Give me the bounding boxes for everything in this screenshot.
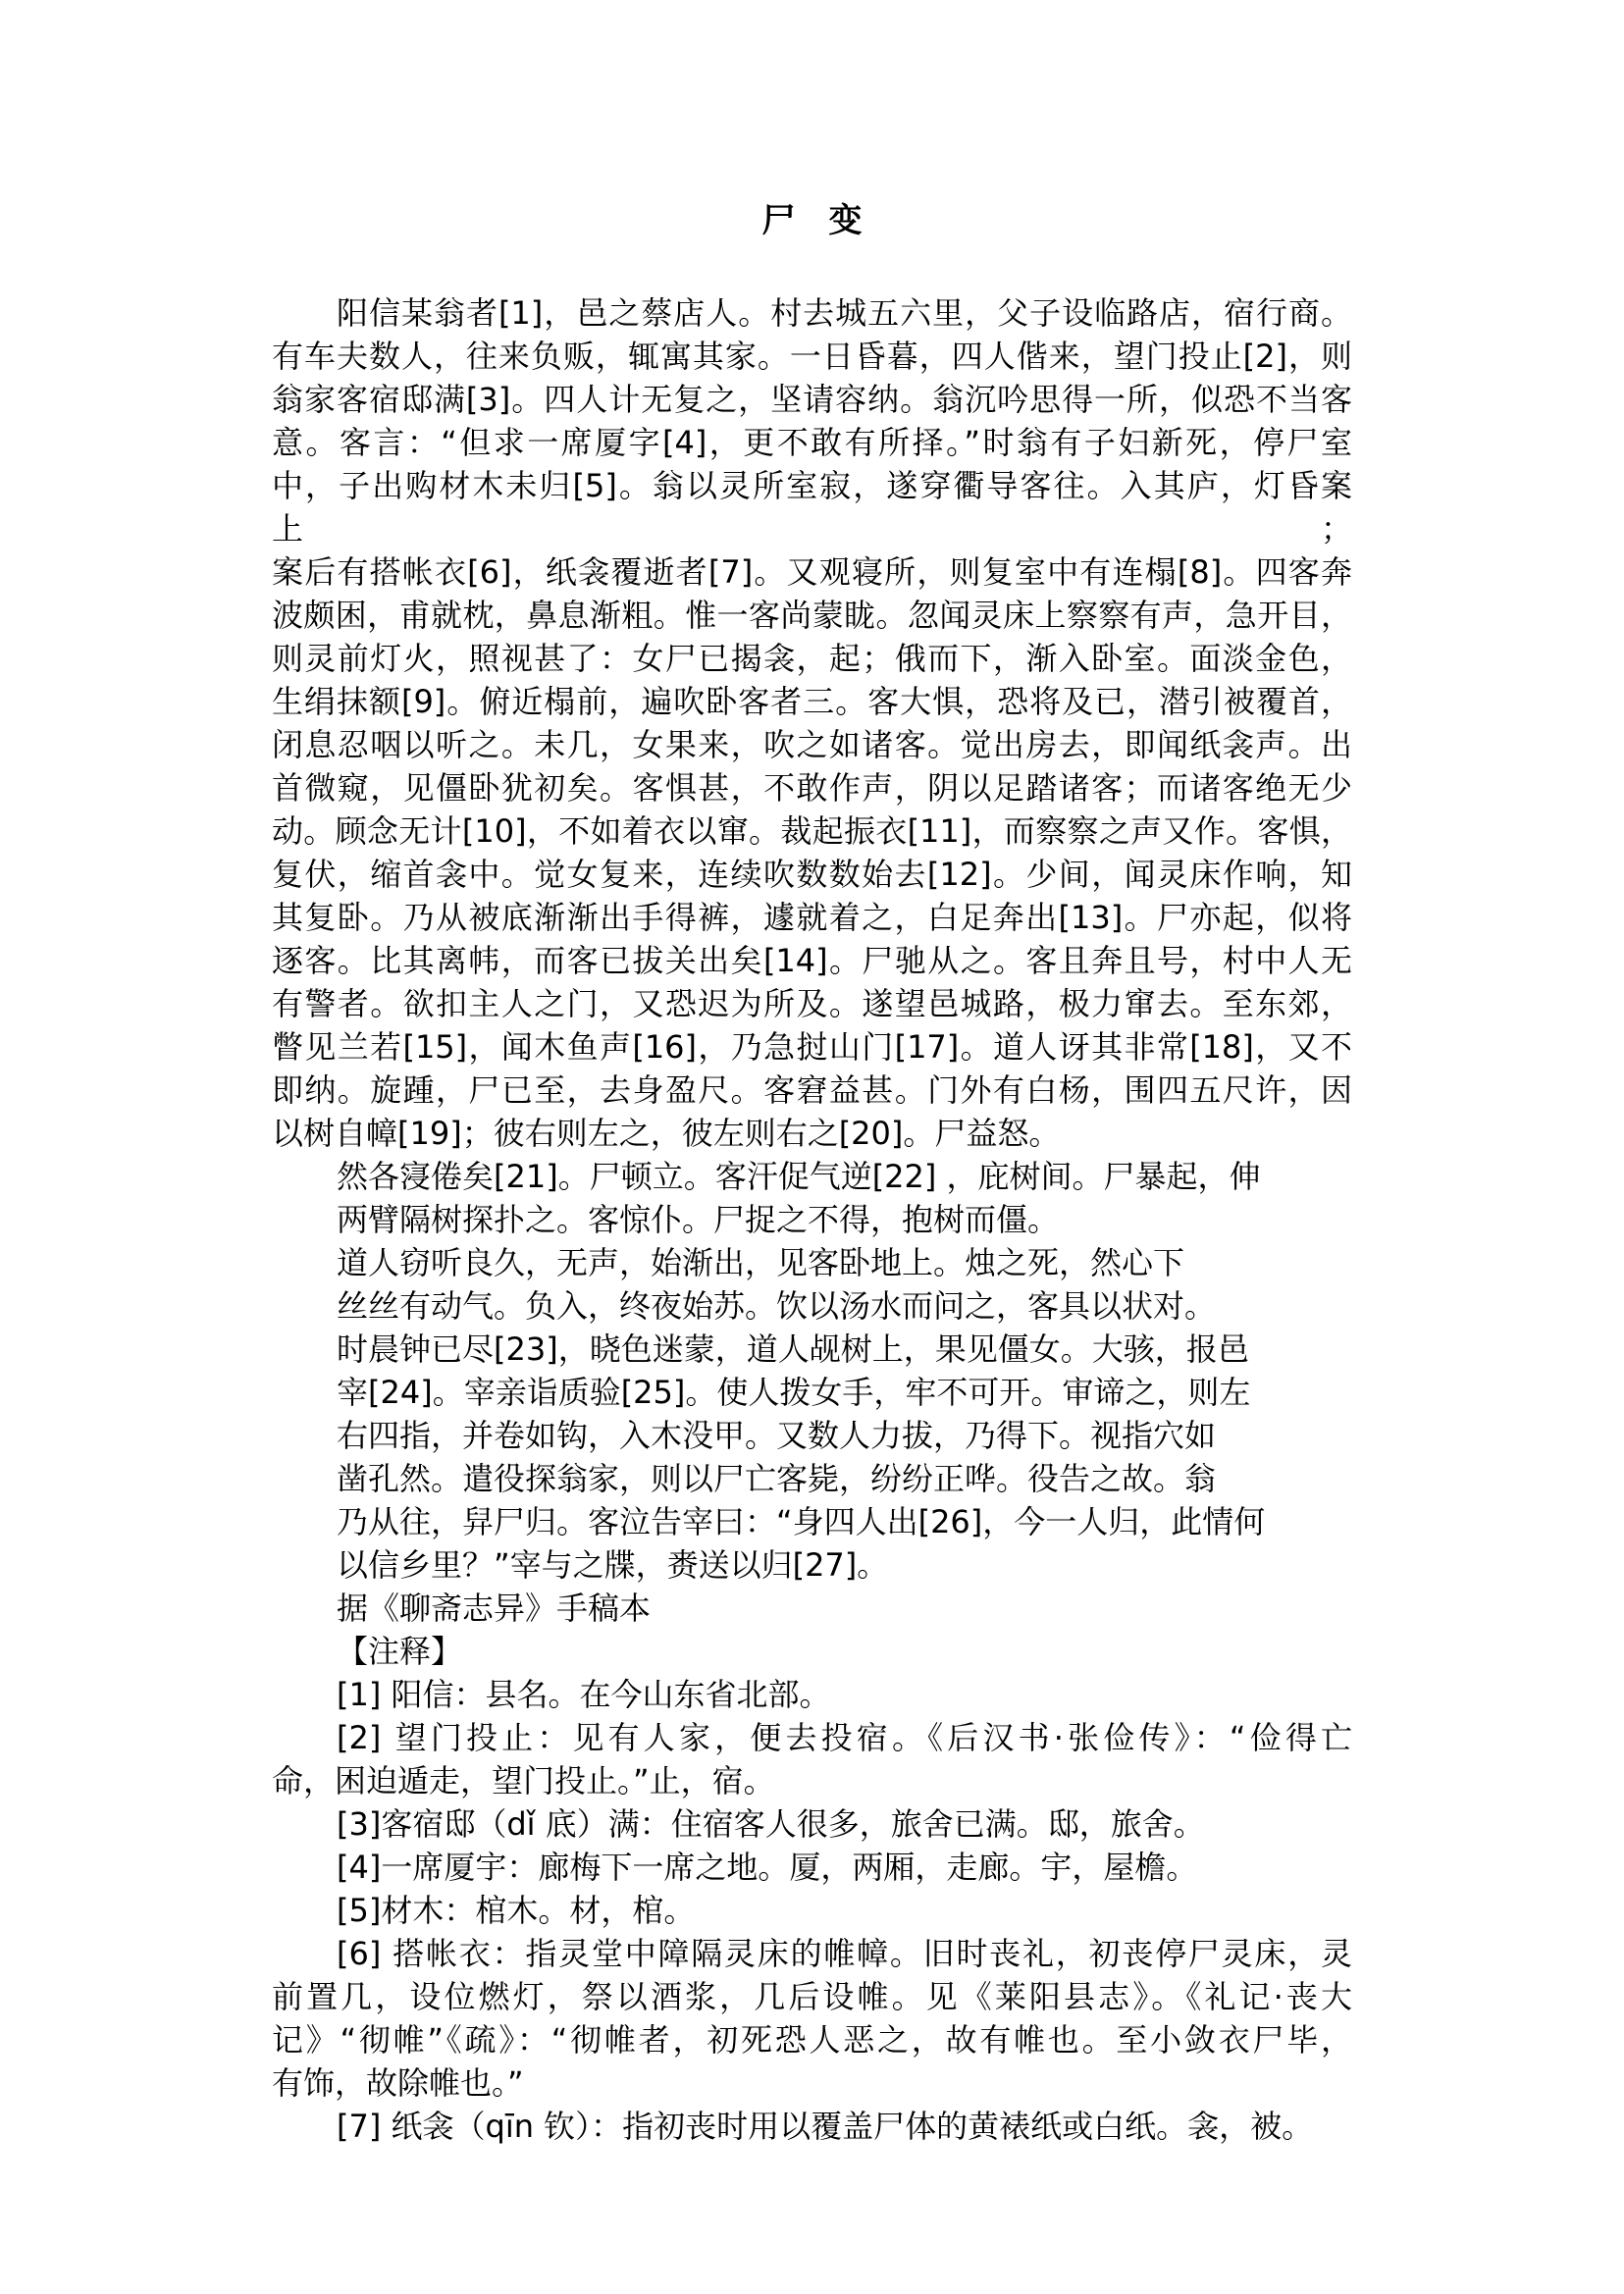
quote-line: 右四指，并卷如钩，入木没甲。又数人力拔，乃得下。视指穴如: [337, 1414, 1352, 1457]
note-line: [5]材木：棺木。材，棺。: [272, 1889, 1352, 1932]
story-paragraph: 阳信某翁者[1]，邑之蔡店人。村去城五六里，父子设临路店，宿行商。 有车夫数人，…: [272, 291, 1352, 1155]
note-line: 记》“彻帷”《疏》：“彻帷者，初死恐人恶之，故有帷也。至小敛衣尸毕，: [272, 2018, 1352, 2061]
story-line: 首微窥，见僵卧犹初矣。客惧甚，不敢作声，阴以足踏诸客；而诸客绝无少: [272, 766, 1352, 809]
story-line: 中，子出购材木未归[5]。翁以灵所室寂，遂穿衢导客往。入其庐，灯昏案上；: [272, 464, 1352, 550]
quote-line: 然各寖倦矣[21]。尸顿立。客汗促气逆[22] ，庇树间。尸暴起，伸: [337, 1155, 1352, 1198]
notes-header: 【注释】: [337, 1630, 1352, 1673]
story-line: 则灵前灯火，照视甚了：女尸已揭衾，起；俄而下，渐入卧室。面淡金色，: [272, 637, 1352, 680]
quote-block: 然各寖倦矣[21]。尸顿立。客汗促气逆[22] ，庇树间。尸暴起，伸 两臂隔树探…: [272, 1155, 1352, 1587]
story-line: 瞥见兰若[15]，闻木鱼声[16]，乃急挝山门[17]。道人讶其非常[18]，又…: [272, 1025, 1352, 1069]
story-line: 翁家客宿邸满[3]。四人计无复之，坚请容纳。翁沉吟思得一所，似恐不当客: [272, 378, 1352, 421]
note-line: [6] 搭帐衣：指灵堂中障隔灵床的帷幛。旧时丧礼，初丧停尸灵床，灵: [272, 1932, 1352, 1975]
quote-line: 丝丝有动气。负入，终夜始苏。饮以汤水而问之，客具以状对。: [337, 1284, 1352, 1328]
story-line: 案后有搭帐衣[6]，纸衾覆逝者[7]。又观寝所，则复室中有连榻[8]。四客奔: [272, 550, 1352, 594]
quote-line: 两臂隔树探扑之。客惊仆。尸捉之不得，抱树而僵。: [337, 1198, 1352, 1241]
story-line: 波颇困，甫就枕，鼻息渐粗。惟一客尚蒙眬。忽闻灵床上察察有声，急开目，: [272, 594, 1352, 637]
story-line: 生绢抹额[9]。俯近榻前，遍吹卧客者三。客大惧，恐将及已，潜引被覆首，: [272, 680, 1352, 723]
source-attribution: 据《聊斋志异》手稿本: [337, 1587, 1352, 1630]
quote-line: 时晨钟已尽[23]，晓色迷蒙，道人觇树上，果见僵女。大骇，报邑: [337, 1328, 1352, 1371]
note-line: [2] 望门投止：见有人家，便去投宿。《后汉书·张俭传》：“俭得亡: [272, 1716, 1352, 1759]
quote-line: 道人窃听良久，无声，始渐出，见客卧地上。烛之死，然心下: [337, 1241, 1352, 1284]
note-line: [3]客宿邸（dǐ 底）满：住宿客人很多，旅舍已满。邸，旅舍。: [272, 1802, 1352, 1846]
story-line: 阳信某翁者[1]，邑之蔡店人。村去城五六里，父子设临路店，宿行商。: [272, 291, 1352, 335]
story-line: 意。客言：“但求一席厦字[4]，更不敢有所择。”时翁有子妇新死，停尸室: [272, 421, 1352, 464]
note-line: [7] 纸衾（qīn 钦）：指初丧时用以覆盖尸体的黄裱纸或白纸。衾，被。: [272, 2105, 1352, 2148]
story-line: 闭息忍咽以听之。未几，女果来，吹之如诸客。觉出房去，即闻纸衾声。出: [272, 723, 1352, 766]
quote-line: 凿孔然。遣役探翁家，则以尸亡客毙，纷纷正哗。役告之故。翁: [337, 1457, 1352, 1500]
notes-section: [1] 阳信：县名。在今山东省北部。 [2] 望门投止：见有人家，便去投宿。《后…: [272, 1673, 1352, 2148]
note-line: [1] 阳信：县名。在今山东省北部。: [272, 1673, 1352, 1716]
quote-line: 宰[24]。宰亲诣质验[25]。使人拨女手，牢不可开。审谛之，则左: [337, 1371, 1352, 1414]
story-line: 即纳。旋踵，尸已至，去身盈尺。客窘益甚。门外有白杨，围四五尺许，因: [272, 1069, 1352, 1112]
page-title: 尸 变: [272, 199, 1352, 242]
story-line: 有警者。欲扣主人之门，又恐迟为所及。遂望邑城路，极力窜去。至东郊，: [272, 982, 1352, 1025]
story-line: 以树自幛[19]；彼右则左之，彼左则右之[20]。尸益怒。: [272, 1112, 1352, 1155]
book-page: 尸 变 阳信某翁者[1]，邑之蔡店人。村去城五六里，父子设临路店，宿行商。 有车…: [272, 199, 1352, 2148]
story-line: 其复卧。乃从被底渐渐出手得裤，遽就着之，白足奔出[13]。尸亦起，似将: [272, 896, 1352, 939]
note-line: 前置几，设位燃灯，祭以酒浆，几后设帷。见《莱阳县志》。《礼记·丧大: [272, 1975, 1352, 2018]
story-line: 逐客。比其离帏，而客已拔关出矣[14]。尸驰从之。客且奔且号，村中人无: [272, 939, 1352, 982]
story-line: 有车夫数人，往来负贩，辄寓其家。一日昏暮，四人偕来，望门投止[2]，则: [272, 335, 1352, 378]
note-line: [4]一席厦宇：廊梅下一席之地。厦，两厢，走廊。宇，屋檐。: [272, 1846, 1352, 1889]
story-line: 动。顾念无计[10]，不如着衣以窜。裁起振衣[11]，而察察之声又作。客惧，: [272, 809, 1352, 853]
note-line: 有饰，故除帷也。”: [272, 2061, 1352, 2105]
story-line: 复伏，缩首衾中。觉女复来，连续吹数数始去[12]。少间，闻灵床作响，知: [272, 853, 1352, 896]
note-line: 命，困迫遁走，望门投止。”止，宿。: [272, 1759, 1352, 1802]
quote-line: 乃从往，舁尸归。客泣告宰曰：“身四人出[26]，今一人归，此情何: [337, 1500, 1352, 1543]
quote-line: 以信乡里？”宰与之牒，赉送以归[27]。: [337, 1543, 1352, 1587]
